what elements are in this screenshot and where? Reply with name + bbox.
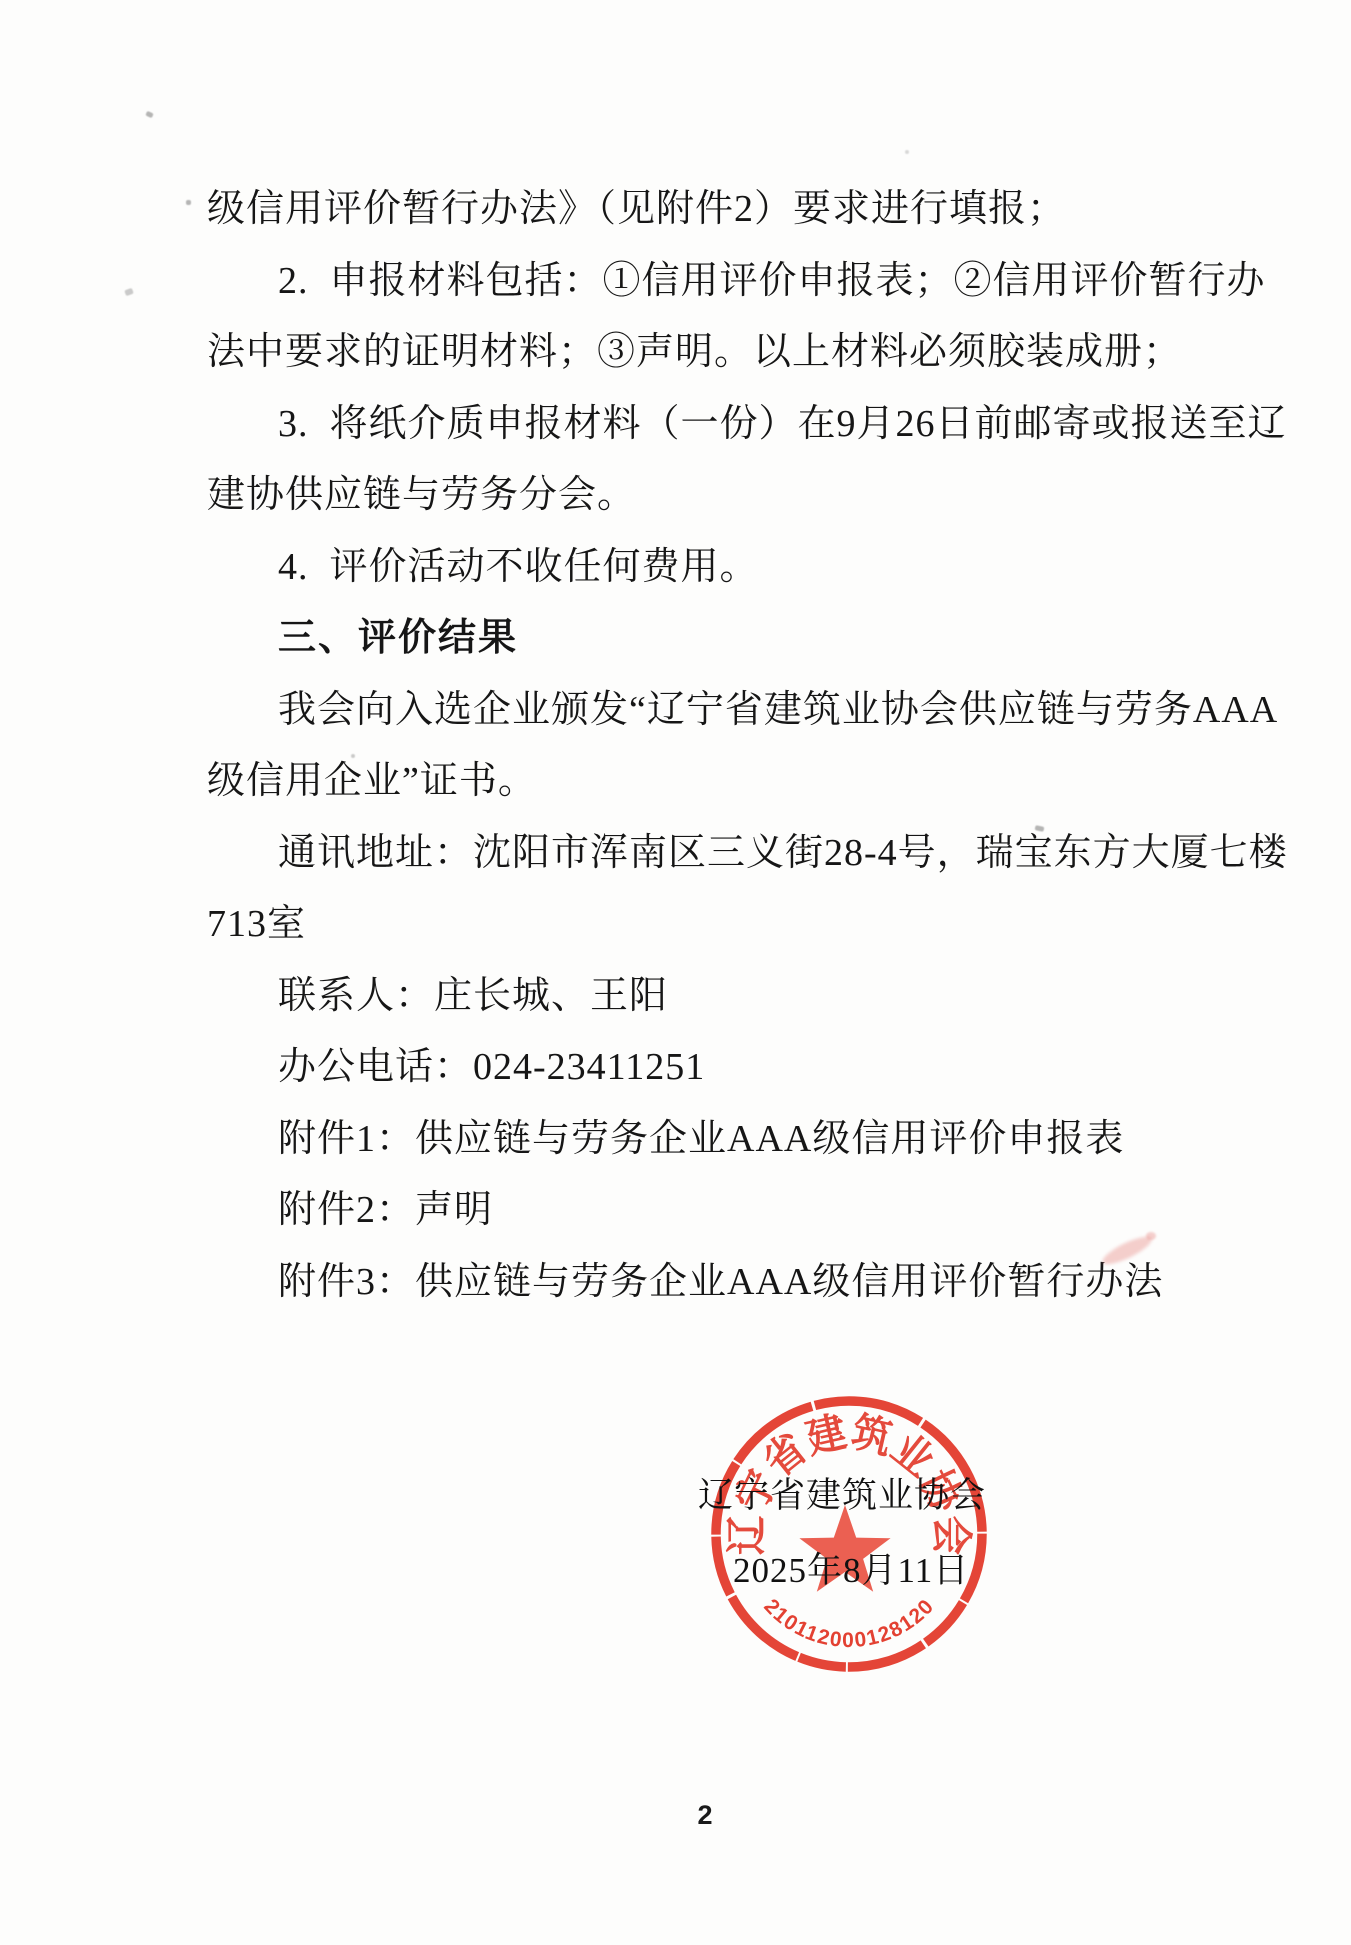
doc-line: 级信用企业”证书。 <box>207 746 1267 818</box>
doc-line: 我会向入选企业颁发“辽宁省建筑业协会供应链与劳务AAA <box>207 675 1267 747</box>
document-page: 级信用评价暂行办法》（见附件2）要求进行填报； 2. 申报材料包括：①信用评价申… <box>0 0 1351 1945</box>
doc-line: 3. 将纸介质申报材料（一份）在9月26日前邮寄或报送至辽 <box>207 389 1267 461</box>
official-seal: 辽宁省建筑业协会 210112000128120 辽宁省建筑业协会 2025年8… <box>699 1385 999 1690</box>
scan-speckle <box>351 754 355 758</box>
scan-speckle <box>905 150 909 154</box>
scan-speckle <box>145 111 153 118</box>
signature-org-name: 辽宁省建筑业协会 <box>698 1478 990 1513</box>
document-body: 级信用评价暂行办法》（见附件2）要求进行填报； 2. 申报材料包括：①信用评价申… <box>207 174 1267 1318</box>
section-heading: 三、评价结果 <box>207 603 1267 675</box>
signature-date: 2025年8月11日 <box>733 1553 969 1588</box>
doc-line: 联系人：庄长城、王阳 <box>207 961 1267 1033</box>
doc-line: 713室 <box>207 889 1267 961</box>
scan-speckle <box>186 200 191 205</box>
doc-line: 级信用评价暂行办法》（见附件2）要求进行填报； <box>207 174 1267 246</box>
doc-line: 2. 申报材料包括：①信用评价申报表；②信用评价暂行办 <box>207 246 1267 318</box>
seal-graphic: 辽宁省建筑业协会 210112000128120 <box>699 1385 999 1690</box>
doc-line: 4. 评价活动不收任何费用。 <box>207 532 1267 604</box>
doc-line: 建协供应链与劳务分会。 <box>207 460 1267 532</box>
doc-line: 办公电话：024-23411251 <box>207 1032 1267 1104</box>
ink-smudge <box>1146 1232 1156 1240</box>
attachment-line: 附件1：供应链与劳务企业AAA级信用评价申报表 <box>207 1104 1267 1176</box>
doc-line: 法中要求的证明材料；③声明。以上材料必须胶装成册； <box>207 317 1267 389</box>
attachment-line: 附件2：声明 <box>207 1175 1267 1247</box>
page-number: 2 <box>680 1800 730 1831</box>
scan-speckle <box>124 288 134 296</box>
doc-line: 通讯地址：沈阳市浑南区三义街28-4号，瑞宝东方大厦七楼 <box>207 818 1267 890</box>
seal-code-number: 210112000128120 <box>759 1594 939 1652</box>
